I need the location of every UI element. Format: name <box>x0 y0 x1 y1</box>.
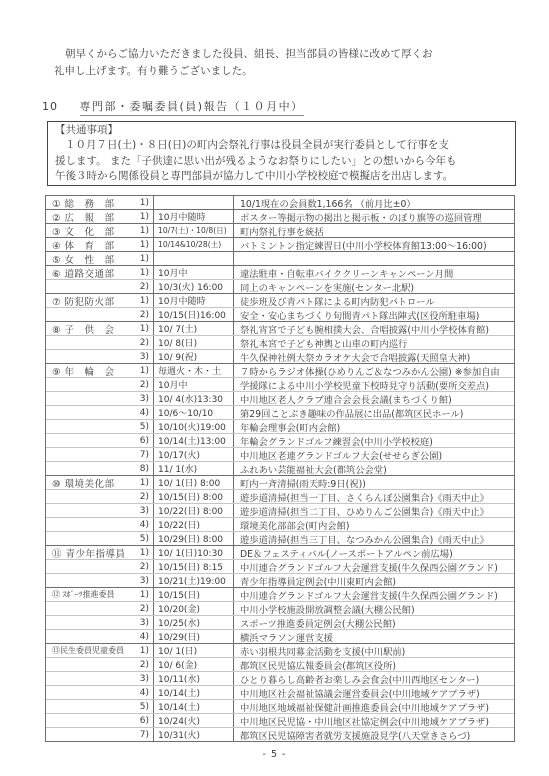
description-cell: 都筑区民児協障害者就労支援施設見学(八天堂きさらづ) <box>234 728 514 741</box>
department-cell: 4) <box>46 518 154 531</box>
date-cell: 10/15(日) 8:00 <box>154 490 234 503</box>
department-cell: ④ 体 育 部1) <box>46 238 154 251</box>
description-cell: 安全・安心まちづくり旬間青パト隊出陣式(区役所駐車場) <box>234 308 514 321</box>
date-cell: 10/11(水) <box>154 672 234 685</box>
department-cell: 2) <box>46 602 154 615</box>
item-ordinal: 8) <box>140 464 149 474</box>
description-cell: スポーツ推進委員定例会(大棚公民館) <box>234 616 514 629</box>
department-label: ⑩ 環境美化部 <box>52 476 115 490</box>
description-cell: 祭礼宵宮で子ども腕相撲大会、合唱披露(中川小学校体育館) <box>234 322 514 335</box>
item-ordinal: 5) <box>140 534 149 544</box>
date-cell: 10/29(日) <box>154 630 234 643</box>
date-cell: 10/ 1(日) 8:00 <box>154 476 234 489</box>
item-ordinal: 7) <box>140 730 149 740</box>
department-cell: 8) <box>46 462 154 475</box>
table-row: 2)10/15(日) 8:15中川連合グランドゴルフ大会運営支援(牛久保西公園グ… <box>46 559 514 573</box>
item-ordinal: 2) <box>140 282 149 292</box>
department-cell: 5) <box>46 532 154 545</box>
department-cell: 3) <box>46 350 154 363</box>
department-cell: ⑧ 子 供 会1) <box>46 322 154 335</box>
description-cell: 町内一斉清掃(雨天時:9日(祝)) <box>234 476 514 489</box>
department-cell: ⑦ 防犯防火部1) <box>46 294 154 307</box>
department-cell: 4) <box>46 406 154 419</box>
date-cell: 10月中随時 <box>154 210 234 223</box>
department-label: ⑪ 青少年指導員 <box>52 546 126 560</box>
table-row: 3)10/ 9(祝)牛久保神社例大祭カラオケ大会で合唱披露(天照皇大神) <box>46 349 514 363</box>
description-cell: 環境美化部部会(町内会館) <box>234 518 514 531</box>
department-cell: ⑫ ｽﾎﾟｰﾂ推進委員1) <box>46 588 154 601</box>
date-cell: 10/25(水) <box>154 616 234 629</box>
department-cell: 2) <box>46 490 154 503</box>
item-ordinal: 2) <box>140 310 149 320</box>
report-table: ① 総 務 部1)10/1現在の会員数1,166名 （前月比±0）② 広 報 部… <box>45 195 515 742</box>
description-cell: 祭礼本宮で子ども神輿と山車の町内巡行 <box>234 336 514 349</box>
description-cell: バトミントン指定練習日(中川小学校体育館13:00～16:00) <box>234 238 514 251</box>
department-cell: 2) <box>46 560 154 573</box>
item-ordinal: 1) <box>140 212 149 222</box>
description-cell: 都筑区民児協広報委員会(都筑区役所) <box>234 658 514 671</box>
description-cell: 10/1現在の会員数1,166名 （前月比±0） <box>234 196 514 209</box>
description-cell: 違法駐車・自転車バイククリーンキャンペーン月間 <box>234 266 514 279</box>
item-ordinal: 1) <box>140 240 149 250</box>
table-row: 4)10/14(土)中川地区社会福祉協議会運営委員会(中川地域ケアプラザ) <box>46 685 514 699</box>
description-cell: 青少年指導員定例会(中川東町内会館) <box>234 574 514 587</box>
table-row: ⑤ 女 性 部1) <box>46 251 514 265</box>
department-cell: ⑩ 環境美化部1) <box>46 476 154 489</box>
description-cell: 町内祭礼行事を統括 <box>234 224 514 237</box>
notice-line-3: 午後３時から関係役員と専門部員が協力して中川小学校校庭で模擬店を出店します。 <box>55 169 508 184</box>
table-row: 2)10/3(火) 16:00同上のキャンペーンを実施(センター北駅) <box>46 279 514 293</box>
table-row: ⑨ 年 輪 会1)毎週火・木・土７時からラジオ体操(ひめりんご＆なつみかん公園)… <box>46 363 514 377</box>
description-cell: 遊歩道清掃(担当三丁目、なつみかん公園集合)《雨天中止》 <box>234 532 514 545</box>
department-cell: 3) <box>46 616 154 629</box>
department-cell: 5) <box>46 700 154 713</box>
description-cell: 中川地区民児協・中川地区社協定例会(中川地域ケアプラザ) <box>234 714 514 727</box>
department-label: ⑦ 防犯防火部 <box>52 294 115 308</box>
notice-line-1: １０月７日(土)・８日(日)の町内会祭礼行事は役員全員が実行委員として行事を支 <box>55 138 508 153</box>
table-row: 8)11/ 1(水)ふれあい芸能福祉大会(都筑公会堂) <box>46 461 514 475</box>
description-cell: 中川地区社会福祉協議会運営委員会(中川地域ケアプラザ) <box>234 686 514 699</box>
item-ordinal: 4) <box>140 632 149 642</box>
department-cell: 2) <box>46 280 154 293</box>
item-ordinal: 1) <box>140 254 149 264</box>
table-row: ④ 体 育 部1)10/14&10/28(土)バトミントン指定練習日(中川小学校… <box>46 237 514 251</box>
date-cell: 10月中随時 <box>154 294 234 307</box>
item-ordinal: 3) <box>140 674 149 684</box>
date-cell: 10/15(日)16:00 <box>154 308 234 321</box>
table-row: 2)10/20(金)中川小学校施設開放調整会議(大棚公民館) <box>46 601 514 615</box>
item-ordinal: 2) <box>140 338 149 348</box>
description-cell: 中川連合グランドゴルフ大会運営支援(牛久保西公園グランド) <box>234 588 514 601</box>
description-cell: ひとり暮らし高齢者お楽しみ会食会(中川西地区センター) <box>234 672 514 685</box>
date-cell: 11/ 1(水) <box>154 462 234 475</box>
date-cell: 10/10(火)19:00 <box>154 420 234 433</box>
department-cell: ⑥ 道路交通部1) <box>46 266 154 279</box>
table-row: 5)10/14(土)中川地区地域福祉保健計画推進委員会(中川地域ケアプラザ) <box>46 699 514 713</box>
date-cell: 10/14(土) <box>154 686 234 699</box>
department-cell: ⑨ 年 輪 会1) <box>46 364 154 377</box>
date-cell: 10/17(火) <box>154 448 234 461</box>
item-ordinal: 1) <box>140 590 149 600</box>
description-cell: 牛久保神社例大祭カラオケ大会で合唱披露(天照皇大神) <box>234 350 514 363</box>
table-row: 4)10/6～10/10第29回ことぶき趣味の作品展に出品(都筑区民ホール) <box>46 405 514 419</box>
item-ordinal: 6) <box>140 436 149 446</box>
date-cell <box>154 196 234 209</box>
table-row: 4)10/22(日)環境美化部部会(町内会館) <box>46 517 514 531</box>
department-label: ⑧ 子 供 会 <box>52 322 115 336</box>
item-ordinal: 2) <box>140 660 149 670</box>
item-ordinal: 7) <box>140 450 149 460</box>
date-cell: 10/14(土)13:00 <box>154 434 234 447</box>
item-ordinal: 1) <box>140 198 149 208</box>
date-cell: 10/20(金) <box>154 602 234 615</box>
date-cell: 10/22(日) 8:00 <box>154 504 234 517</box>
date-cell: 10/29(日) 8:00 <box>154 532 234 545</box>
date-cell: 10/ 9(祝) <box>154 350 234 363</box>
intro-line-1: 朝早くからご協力いただきました役員、組長、担当部員の皆様に改めて厚くお <box>54 46 516 63</box>
item-ordinal: 3) <box>140 352 149 362</box>
intro-line-2: 礼申し上げます。有り難うございました。 <box>54 63 516 80</box>
department-label: ⑨ 年 輪 会 <box>52 364 115 378</box>
table-row: 3)10/25(水)スポーツ推進委員定例会(大棚公民館) <box>46 615 514 629</box>
table-row: 2)10/15(日)16:00安全・安心まちづくり旬間青パト隊出陣式(区役所駐車… <box>46 307 514 321</box>
item-ordinal: 3) <box>140 506 149 516</box>
table-row: 3)10/ 4(水)13:30中川地区老人クラブ連合会会長会議(まちづくり館) <box>46 391 514 405</box>
notice-heading: 【共通事項】 <box>55 123 508 138</box>
description-cell: ふれあい芸能福祉大会(都筑公会堂) <box>234 462 514 475</box>
date-cell: 10/ 4(水)13:30 <box>154 392 234 405</box>
item-ordinal: 2) <box>140 562 149 572</box>
item-ordinal: 3) <box>140 576 149 586</box>
item-ordinal: 1) <box>140 646 149 656</box>
description-cell: 中川連合グランドゴルフ大会運営支援(牛久保西公園グランド) <box>234 560 514 573</box>
description-cell: 横浜マラソン運営支援 <box>234 630 514 643</box>
table-row: 5)10/29(日) 8:00遊歩道清掃(担当三丁目、なつみかん公園集合)《雨天… <box>46 531 514 545</box>
department-label: ⑫ ｽﾎﾟｰﾂ推進委員 <box>52 589 115 600</box>
table-row: 3)10/22(日) 8:00遊歩道清掃(担当二丁目、ひめりんご公園集合)《雨天… <box>46 503 514 517</box>
table-row: 7)10/17(火)中川地区老連グランドゴルフ大会(せせらぎ公園) <box>46 447 514 461</box>
department-cell: 2) <box>46 658 154 671</box>
description-cell: 遊歩道清掃(担当二丁目、ひめりんご公園集合)《雨天中止》 <box>234 504 514 517</box>
item-ordinal: 1) <box>140 226 149 236</box>
date-cell: 10/14&10/28(土) <box>154 238 234 251</box>
department-label: ⑥ 道路交通部 <box>52 266 115 280</box>
description-cell: 赤い羽根共同募金活動を支援(中川駅前) <box>234 644 514 657</box>
table-row: ⑥ 道路交通部1)10月中違法駐車・自転車バイククリーンキャンペーン月間 <box>46 265 514 279</box>
department-cell: ③ 文 化 部1) <box>46 224 154 237</box>
department-cell: 6) <box>46 714 154 727</box>
department-label: ⑤ 女 性 部 <box>52 252 115 266</box>
table-row: ⑪ 青少年指導員1)10/ 1(日)10:30DE＆フェスティバル(ノースポート… <box>46 545 514 559</box>
table-row: 2)10/ 8(日)祭礼本宮で子ども神輿と山車の町内巡行 <box>46 335 514 349</box>
intro-paragraph: 朝早くからご協力いただきました役員、組長、担当部員の皆様に改めて厚くお 礼申し上… <box>54 46 516 80</box>
date-cell: 10/ 8(日) <box>154 336 234 349</box>
table-row: 2)10/15(日) 8:00遊歩道清掃(担当一丁目、さくらんぼ公園集合)《雨天… <box>46 489 514 503</box>
table-row: ② 広 報 部1)10月中随時ポスター等掲示物の掲出と掲示板・のぼり旗等の巡回管… <box>46 209 514 223</box>
item-ordinal: 5) <box>140 422 149 432</box>
description-cell: 第29回ことぶき趣味の作品展に出品(都筑区民ホール) <box>234 406 514 419</box>
department-cell: 7) <box>46 728 154 741</box>
item-ordinal: 2) <box>140 380 149 390</box>
date-cell: 10/22(日) <box>154 518 234 531</box>
date-cell: 10/ 1(日)10:30 <box>154 546 234 559</box>
table-row: 2)10/ 6(金)都筑区民児協広報委員会(都筑区役所) <box>46 657 514 671</box>
table-row: ③ 文 化 部1)10/7(土)・10/8(日)町内祭礼行事を統括 <box>46 223 514 237</box>
description-cell: 中川地区老人クラブ連合会会長会議(まちづくり館) <box>234 392 514 405</box>
description-cell: 年輪会グランドゴルフ練習会(中川小学校校庭) <box>234 434 514 447</box>
item-ordinal: 4) <box>140 408 149 418</box>
item-ordinal: 1) <box>140 478 149 488</box>
department-cell: 2) <box>46 378 154 391</box>
notice-line-2: 援します。 また「子供達に思い出が残るようなお祭りにしたい」との想いから今年も <box>55 154 508 169</box>
item-ordinal: 4) <box>140 520 149 530</box>
item-ordinal: 1) <box>140 366 149 376</box>
table-row: ① 総 務 部1)10/1現在の会員数1,166名 （前月比±0） <box>46 195 514 209</box>
table-row: 3)10/21(土)19:00青少年指導員定例会(中川東町内会館) <box>46 573 514 587</box>
description-cell: 中川小学校施設開放調整会議(大棚公民館) <box>234 602 514 615</box>
description-cell: 年輪会理事会(町内会館) <box>234 420 514 433</box>
item-ordinal: 4) <box>140 688 149 698</box>
description-cell: DE＆フェスティバル(ノースポートアルペン前広場) <box>234 546 514 559</box>
department-cell: 4) <box>46 686 154 699</box>
department-cell: 2) <box>46 308 154 321</box>
date-cell: 10/7(土)・10/8(日) <box>154 224 234 237</box>
table-row: ⑩ 環境美化部1)10/ 1(日) 8:00町内一斉清掃(雨天時:9日(祝)) <box>46 475 514 489</box>
date-cell: 10/ 1(日) <box>154 644 234 657</box>
department-label: ① 総 務 部 <box>52 196 115 210</box>
table-row: 4)10/29(日)横浜マラソン運営支援 <box>46 629 514 643</box>
date-cell: 毎週火・木・土 <box>154 364 234 377</box>
document-page: 朝早くからご協力いただきました役員、組長、担当部員の皆様に改めて厚くお 礼申し上… <box>0 0 549 776</box>
section-number: 10 <box>42 100 58 113</box>
description-cell: 遊歩道清掃(担当一丁目、さくらんぼ公園集合)《雨天中止》 <box>234 490 514 503</box>
table-row: ⑫ ｽﾎﾟｰﾂ推進委員1)10/15(日)中川連合グランドゴルフ大会運営支援(牛… <box>46 587 514 601</box>
department-cell: 2) <box>46 336 154 349</box>
table-row: 6)10/14(土)13:00年輪会グランドゴルフ練習会(中川小学校校庭) <box>46 433 514 447</box>
item-ordinal: 2) <box>140 604 149 614</box>
item-ordinal: 3) <box>140 394 149 404</box>
date-cell: 10月中 <box>154 378 234 391</box>
date-cell: 10/15(日) <box>154 588 234 601</box>
department-cell: ⑬民生委員児童委員1) <box>46 644 154 657</box>
item-ordinal: 5) <box>140 702 149 712</box>
description-cell: ７時からラジオ体操(ひめりんご＆なつみかん公園) ※参加自由 <box>234 364 514 377</box>
table-row: ⑦ 防犯防火部1)10月中随時徒歩班及び青パト隊による町内防犯パトロール <box>46 293 514 307</box>
description-cell <box>234 252 514 265</box>
description-cell: 中川地区地域福祉保健計画推進委員会(中川地域ケアプラザ) <box>234 700 514 713</box>
date-cell: 10/31(火) <box>154 728 234 741</box>
department-cell: 3) <box>46 392 154 405</box>
department-cell: 6) <box>46 434 154 447</box>
description-cell: ポスター等掲示物の掲出と掲示板・のぼり旗等の巡回管理 <box>234 210 514 223</box>
item-ordinal: 6) <box>140 716 149 726</box>
date-cell <box>154 252 234 265</box>
table-row: 5)10/10(火)19:00年輪会理事会(町内会館) <box>46 419 514 433</box>
table-row: ⑬民生委員児童委員1)10/ 1(日)赤い羽根共同募金活動を支援(中川駅前) <box>46 643 514 657</box>
table-row: 7)10/31(火)都筑区民児協障害者就労支援施設見学(八天堂きさらづ) <box>46 727 514 741</box>
common-notice-box: 【共通事項】 １０月７日(土)・８日(日)の町内会祭礼行事は役員全員が実行委員と… <box>47 121 516 186</box>
department-label: ② 広 報 部 <box>52 210 115 224</box>
department-cell: 4) <box>46 630 154 643</box>
department-cell: 3) <box>46 672 154 685</box>
date-cell: 10/14(土) <box>154 700 234 713</box>
description-cell: 同上のキャンペーンを実施(センター北駅) <box>234 280 514 293</box>
description-cell: 徒歩班及び青パト隊による町内防犯パトロール <box>234 294 514 307</box>
department-label: ⑬民生委員児童委員 <box>52 645 124 656</box>
item-ordinal: 3) <box>140 618 149 628</box>
department-cell: 7) <box>46 448 154 461</box>
department-cell: 3) <box>46 574 154 587</box>
date-cell: 10/3(火) 16:00 <box>154 280 234 293</box>
department-cell: ① 総 務 部1) <box>46 196 154 209</box>
item-ordinal: 1) <box>140 296 149 306</box>
item-ordinal: 1) <box>140 268 149 278</box>
description-cell: 学援隊による中川小学校児童下校時見守り活動(要所交差点) <box>234 378 514 391</box>
page-number: - 5 - <box>0 749 549 760</box>
department-cell: ⑤ 女 性 部1) <box>46 252 154 265</box>
date-cell: 10月中 <box>154 266 234 279</box>
department-cell: ⑪ 青少年指導員1) <box>46 546 154 559</box>
date-cell: 10/24(火) <box>154 714 234 727</box>
item-ordinal: 2) <box>140 492 149 502</box>
item-ordinal: 1) <box>140 324 149 334</box>
department-label: ③ 文 化 部 <box>52 224 115 238</box>
table-row: ⑧ 子 供 会1)10/ 7(土)祭礼宵宮で子ども腕相撲大会、合唱披露(中川小学… <box>46 321 514 335</box>
table-row: 2)10月中学援隊による中川小学校児童下校時見守り活動(要所交差点) <box>46 377 514 391</box>
item-ordinal: 1) <box>140 548 149 558</box>
department-label: ④ 体 育 部 <box>52 238 115 252</box>
date-cell: 10/ 6(金) <box>154 658 234 671</box>
date-cell: 10/15(日) 8:15 <box>154 560 234 573</box>
department-cell: 5) <box>46 420 154 433</box>
table-row: 6)10/24(火)中川地区民児協・中川地区社協定例会(中川地域ケアプラザ) <box>46 713 514 727</box>
description-cell: 中川地区老連グランドゴルフ大会(せせらぎ公園) <box>234 448 514 461</box>
section-title: 専門部・委嘱委員(員)報告（１０月中） <box>80 100 304 116</box>
table-row: 3)10/11(水)ひとり暮らし高齢者お楽しみ会食会(中川西地区センター) <box>46 671 514 685</box>
date-cell: 10/6～10/10 <box>154 406 234 419</box>
department-cell: 3) <box>46 504 154 517</box>
section-heading: 10 専門部・委嘱委員(員)報告（１０月中） <box>42 98 304 114</box>
date-cell: 10/ 7(土) <box>154 322 234 335</box>
department-cell: ② 広 報 部1) <box>46 210 154 223</box>
date-cell: 10/21(土)19:00 <box>154 574 234 587</box>
